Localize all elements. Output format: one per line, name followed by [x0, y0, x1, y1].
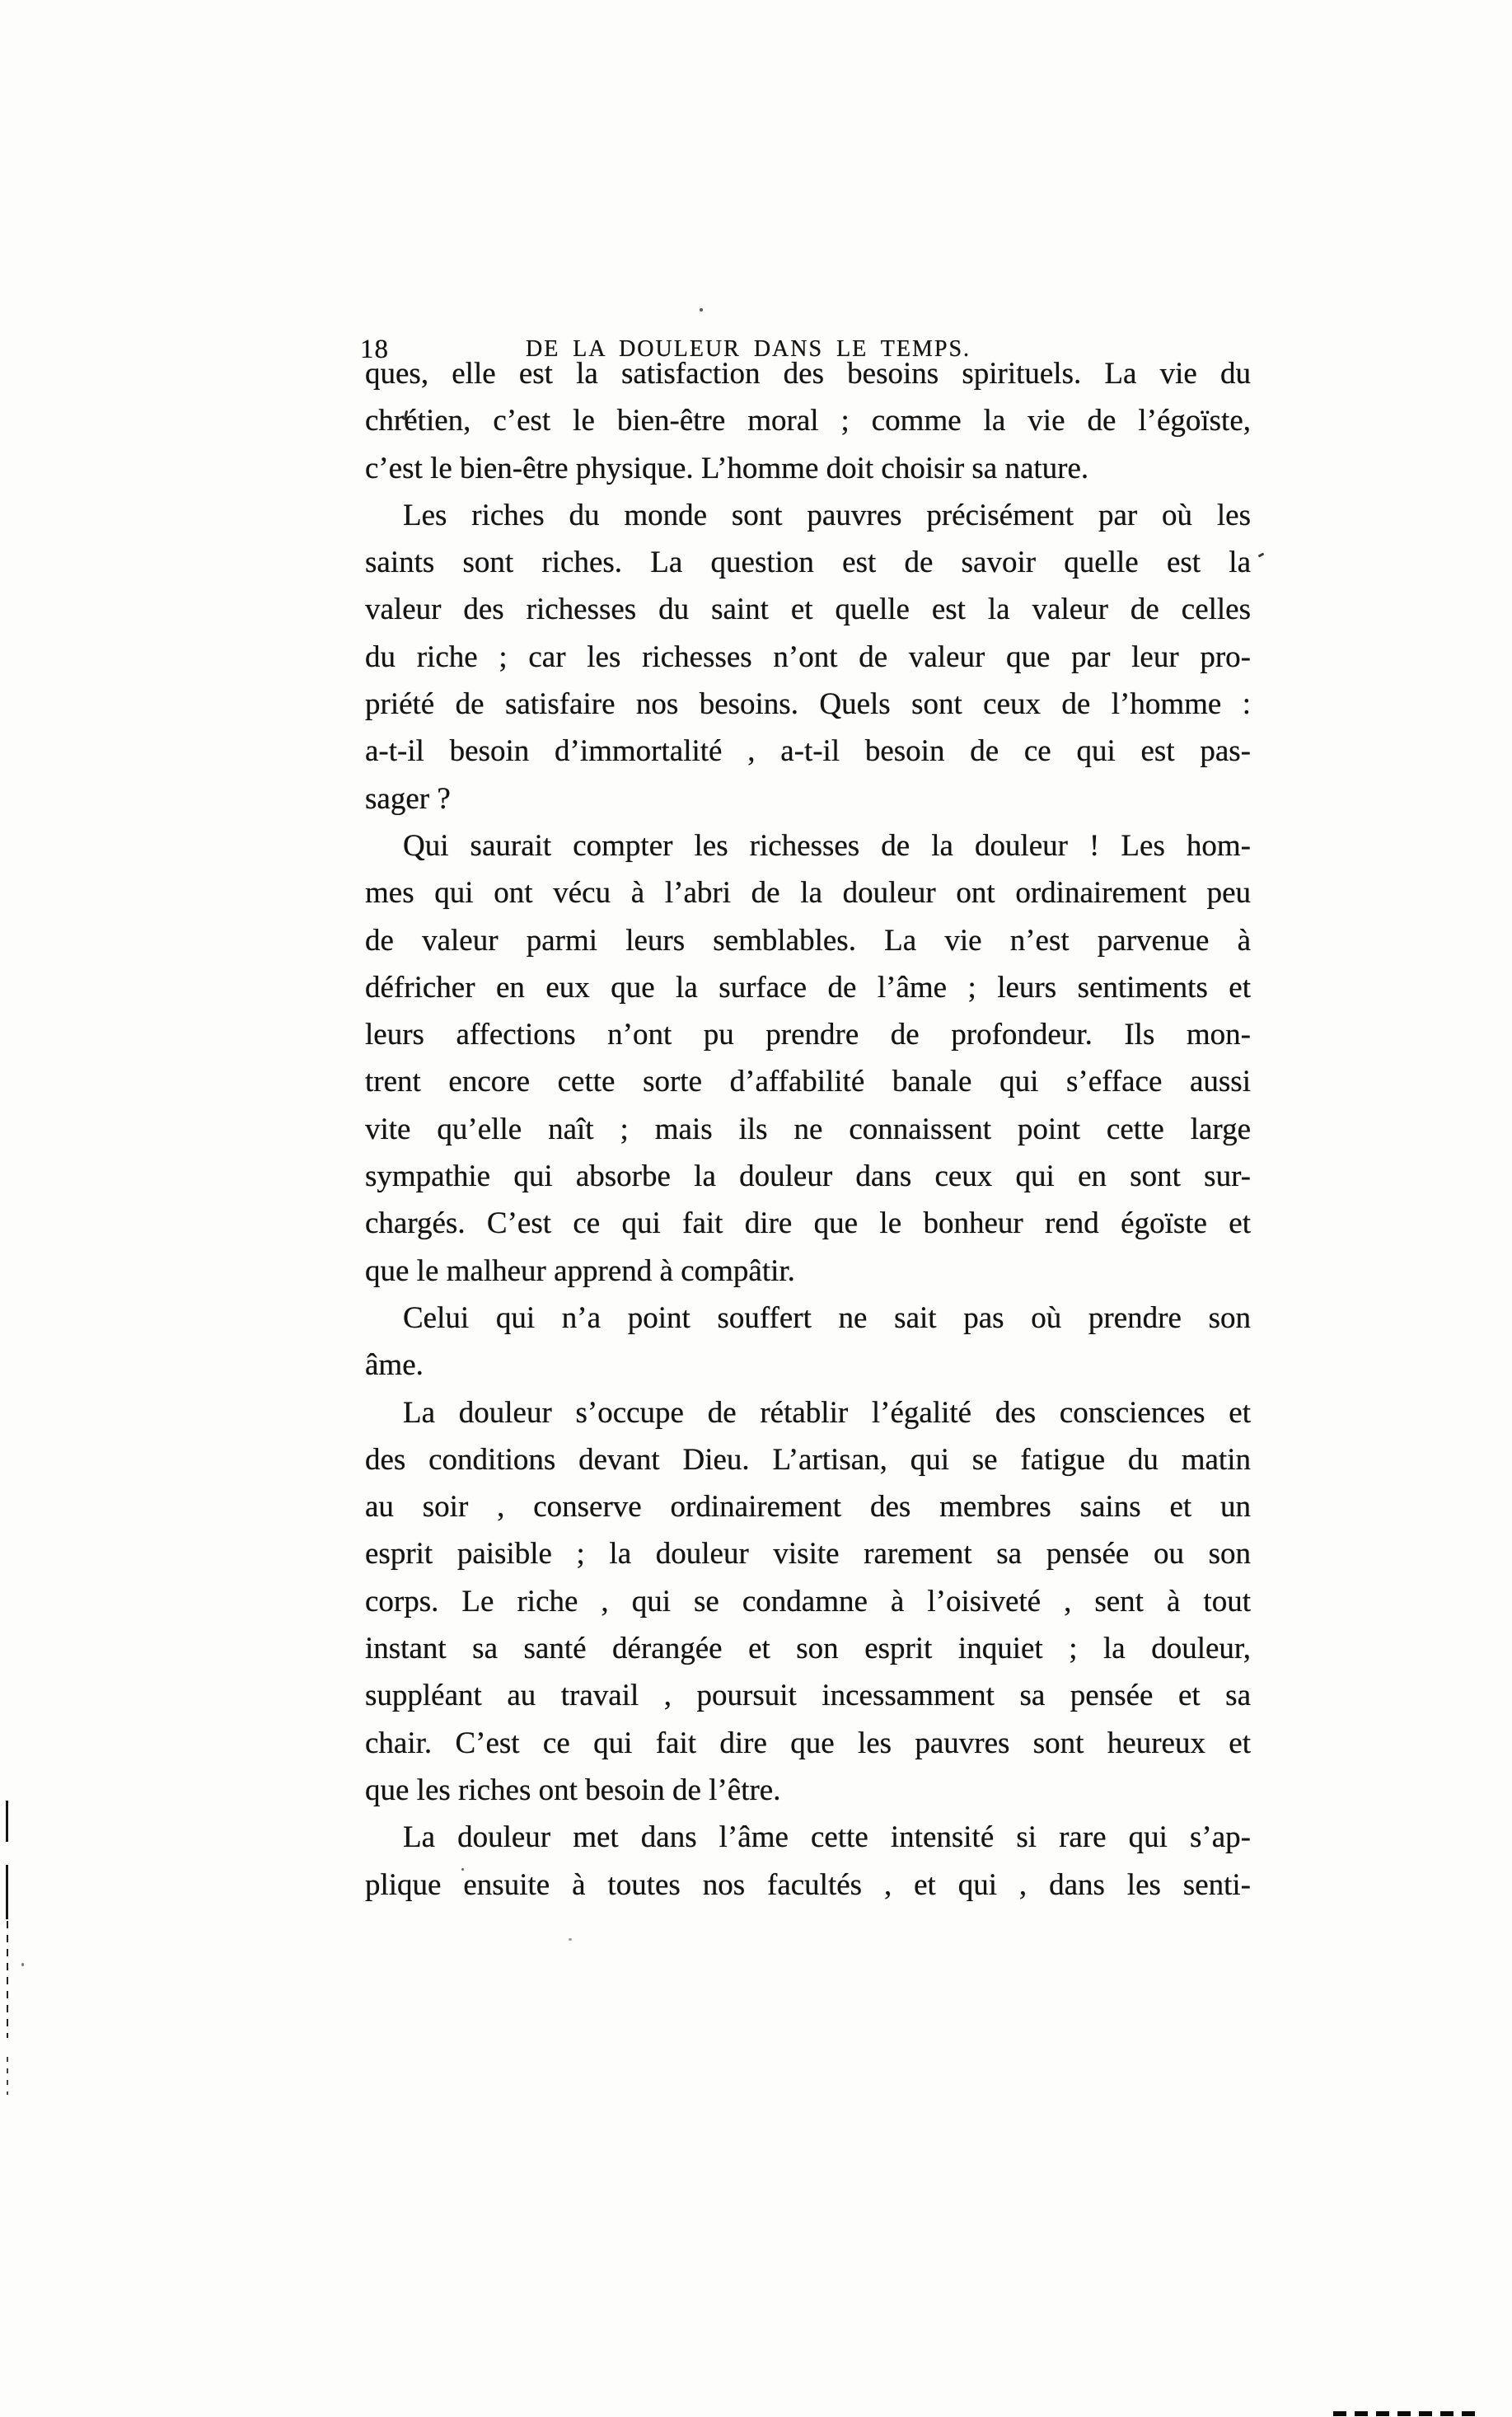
text-line: du riche ; car les richesses n’ont de va… [365, 634, 1251, 681]
text-line: priété de satisfaire nos besoins. Quels … [365, 681, 1251, 728]
text-line: au soir , conserve ordinairement des mem… [365, 1483, 1251, 1530]
book-page-scan: 18 DE LA DOULEUR DANS LE TEMPS. ques, el… [0, 0, 1512, 2417]
text-line: saints sont riches. La question est de s… [365, 539, 1251, 586]
text-line: suppléant au travail , poursuit incessam… [365, 1672, 1251, 1719]
text-line: La douleur met dans l’âme cette intensit… [365, 1814, 1251, 1861]
scan-artifact-edge-dashes [7, 1921, 8, 2038]
text-line: que les riches ont besoin de l’être. [365, 1767, 1251, 1814]
text-line: chrétien, c’est le bien-être moral ; com… [365, 397, 1251, 444]
scan-artifact-edge-dashes [7, 2057, 8, 2095]
text-line: corps. Le riche , qui se condamne à l’oi… [365, 1578, 1251, 1625]
scan-artifact-edge-line [6, 1801, 8, 1842]
scan-artifact-bottom-dashes [1333, 2411, 1480, 2416]
text-line: chargés. C’est ce qui fait dire que le b… [365, 1200, 1251, 1247]
scan-artifact-dot [21, 1963, 24, 1966]
text-line: valeur des richesses du saint et quelle … [365, 586, 1251, 633]
scan-artifact-dot [569, 1938, 572, 1941]
text-line: plique ensuite à toutes nos facultés , e… [365, 1862, 1251, 1909]
text-line: sympathie qui absorbe la douleur dans ce… [365, 1153, 1251, 1200]
scan-artifact-edge-line [6, 1865, 8, 1919]
text-line: de valeur parmi leurs semblables. La vie… [365, 917, 1251, 964]
text-line: mes qui ont vécu à l’abri de la douleur … [365, 869, 1251, 916]
scan-artifact-tick [1258, 553, 1265, 558]
text-line: chair. C’est ce qui fait dire que les pa… [365, 1720, 1251, 1767]
text-line: défricher en eux que la surface de l’âme… [365, 964, 1251, 1011]
text-line: a-t-il besoin d’immortalité , a-t-il bes… [365, 728, 1251, 775]
text-column: ques, elle est la satisfaction des besoi… [365, 350, 1251, 1909]
text-line: âme. [365, 1342, 1251, 1389]
text-line: esprit paisible ; la douleur visite rare… [365, 1530, 1251, 1577]
text-line: sager ? [365, 775, 1251, 822]
text-line: Les riches du monde sont pauvres précisé… [365, 492, 1251, 539]
text-line: Qui saurait compter les richesses de la … [365, 822, 1251, 869]
text-line: leurs affections n’ont pu prendre de pro… [365, 1011, 1251, 1058]
scan-artifact-dot [461, 1868, 464, 1871]
text-line: des conditions devant Dieu. L’artisan, q… [365, 1436, 1251, 1483]
text-line: instant sa santé dérangée et son esprit … [365, 1625, 1251, 1672]
scan-artifact-dot [700, 308, 703, 311]
text-line: trent encore cette sorte d’affabilité ba… [365, 1058, 1251, 1105]
text-line: La douleur s’occupe de rétablir l’égalit… [365, 1389, 1251, 1436]
text-line: que le malheur apprend à compâtir. [365, 1248, 1251, 1295]
text-line: c’est le bien-être physique. L’homme doi… [365, 445, 1251, 492]
text-line: vite qu’elle naît ; mais ils ne connaiss… [365, 1106, 1251, 1153]
text-line: Celui qui n’a point souffert ne sait pas… [365, 1295, 1251, 1342]
text-line: ques, elle est la satisfaction des besoi… [365, 350, 1251, 397]
